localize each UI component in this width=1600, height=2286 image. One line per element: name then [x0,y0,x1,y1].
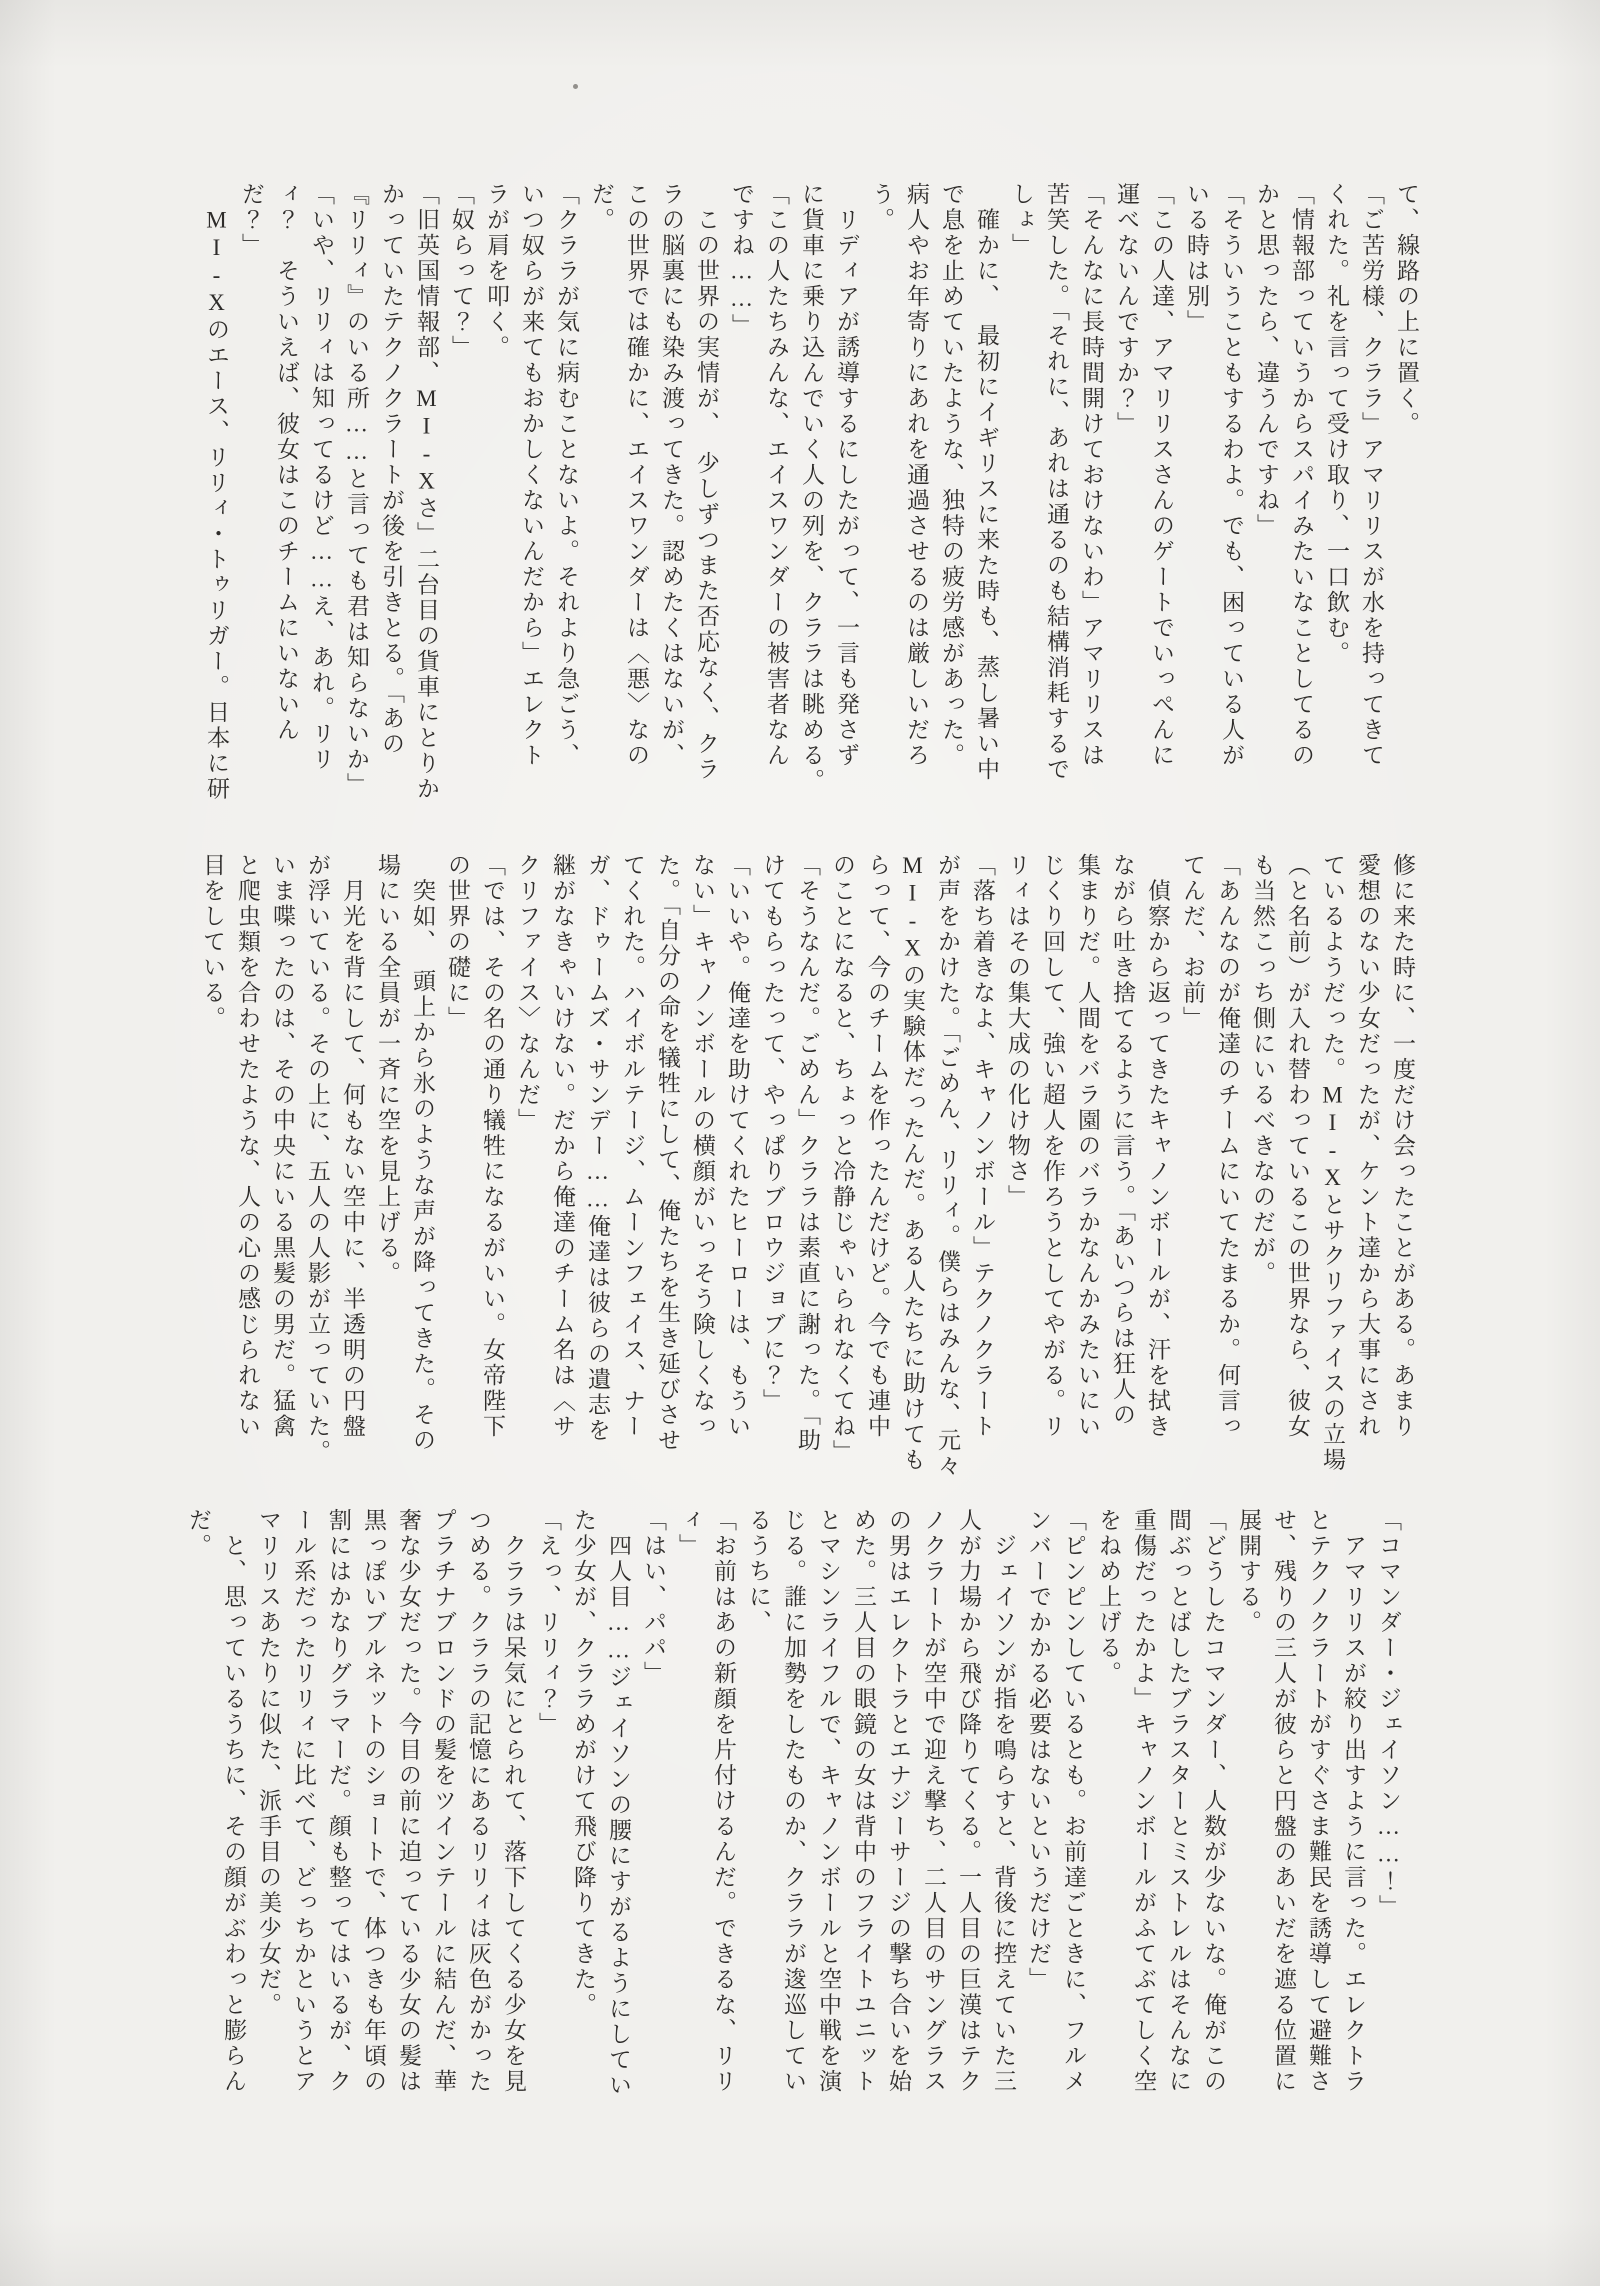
text-column: 割にはかなりグラマーだ。顔も整ってはいるが、ク [321,1508,356,2094]
text-column: だ。 [181,1508,216,2094]
text-column: この世界の実情が、 少しずつまた否応なく、クラ [689,182,724,802]
text-column: ィ」 [671,1508,706,2094]
text-column: アマリリスが絞り出すように言った。エレクトラ [1336,1508,1371,2094]
text-column: が声をかけた。「ごめん、リリィ。僕らはみんな、元々 [930,853,965,1495]
text-column: てんだ、お前」 [1175,853,1210,1495]
text-block-1: て、線路の上に置く。「ご苦労様、クララ」アマリリスが水を持ってきてくれた。礼を言… [199,182,1424,802]
text-column: 突如、 頭上から氷のような声が降ってきた。その [405,853,440,1495]
text-column: 間ぶっとばしたブラスターとミストレルはそんなに [1161,1508,1196,2094]
text-column: ながら吐き捨てるように言う。「あいつらは狂人の [1105,853,1140,1495]
text-column: ガ、ドゥームズ・サンデー……俺達は彼らの遺志を [580,853,615,1495]
text-column: 「この人達、アマリリスさんのゲートでいっぺんに [1144,182,1179,802]
text-column: ノクラートが空中で迎え撃ち、二人目のサングラス [916,1508,951,2094]
text-column: 「コマンダー・ジェイソン……！」 [1371,1508,1406,2094]
text-column: 運べないんですか？」 [1109,182,1144,802]
text-column: 黒っぽいブルネットのショートで、体つきも年頃の [356,1508,391,2094]
text-column: らって、今のチームを作ったんだけど。今でも連中 [860,853,895,1495]
text-column: 四人目……ジェイソンの腰にすがるようにしてい [601,1508,636,2094]
text-column: 「奴らって？」 [444,182,479,802]
text-column: 「クララが気に病むことないよ。それより急ごう、 [549,182,584,802]
text-column: 偵察から返ってきたキャノンボールが、汗を拭き [1140,853,1175,1495]
text-column: てくれた。ハイボルテージ、ムーンフェイス、ナー [615,853,650,1495]
text-column: と爬虫類を合わせたような、人の心の感じられない [230,853,265,1495]
text-column: クララは呆気にとられて、落下してくる少女を見 [496,1508,531,2094]
text-column: の男はエレクトラとエナジーサージの撃ち合いを始 [881,1508,916,2094]
text-column: 「どうしたコマンダー、人数が少ないな。俺がこの [1196,1508,1231,2094]
text-column: 「はい、パパ」 [636,1508,671,2094]
text-column: 場にいる全員が一斉に空を見上げる。 [370,853,405,1495]
scan-speck [573,84,578,89]
text-column: （と名前）が入れ替わっているこの世界なら、彼女 [1280,853,1315,1495]
text-column: 「旧英国情報部、MI-Xさ」二台目の貨車にとりか [409,182,444,802]
text-column: かっていたテクノクラートが後を引きとる。「あの [374,182,409,802]
text-column: いま喋ったのは、その中央にいる黒髪の男だ。猛禽 [265,853,300,1495]
text-column: ているようだった。MI-Xとサクリファイスの立場 [1315,853,1350,1495]
text-column: 「いや、リリィは知ってるけど……え、あれ。リリ [304,182,339,802]
text-column: 「情報部っていうからスパイみたいなことしてるの [1284,182,1319,802]
text-column: だ。 [584,182,619,802]
text-column: クリファイス〉なんだ」 [510,853,545,1495]
text-column: が浮いている。その上に、五人の人影が立っていた。 [300,853,335,1495]
text-column: プラチナブロンドの髪をツインテールに結んだ、華 [426,1508,461,2094]
text-column: で息を止めていたような、独特の疲労感があった。 [934,182,969,802]
text-column: けてもらったって、やっぱりブロウジョブに？」 [755,853,790,1495]
text-column: この世界では確かに、エイスワンダーは〈悪〉なの [619,182,654,802]
text-column: のことになると、ちょっと冷静じゃいられなくてね」 [825,853,860,1495]
text-column: 「えっ、リリィ？」 [531,1508,566,2094]
text-column: 「では、その名の通り犠牲になるがいい。女帝陛下 [475,853,510,1495]
text-column: いつ奴らが来てもおかしくないんだから」エレクト [514,182,549,802]
scanned-page: て、線路の上に置く。「ご苦労様、クララ」アマリリスが水を持ってきてくれた。礼を言… [0,0,1600,2286]
text-block-2: 修に来た時に、一度だけ会ったことがある。あまり愛想のない少女だったが、ケント達か… [195,853,1420,1495]
text-column: 「そんなに長時間開けておけないわ」アマリリスは [1074,182,1109,802]
text-column: ール系だったリリィに比べて、どっちかというとア [286,1508,321,2094]
text-column: つめる。クララの記憶にあるリリィは灰色がかった [461,1508,496,2094]
text-column: リィはその集大成の化け物さ」 [1000,853,1035,1495]
text-column: MI-Xのエース、リリィ・トゥリガー。日本に研 [199,182,234,802]
text-column: 展開する。 [1231,1508,1266,2094]
text-column: 「ピンピンしているとも。お前達ごときに、フルメ [1056,1508,1091,2094]
text-column: 「落ち着きなよ、キャノンボール」テクノクラート [965,853,1000,1495]
text-column: 『リリィ』のいる所……と言っても君は知らないか」 [339,182,374,802]
text-column: た少女が、クララめがけて飛び降りてきた。 [566,1508,601,2094]
text-column: るうちに、 [741,1508,776,2094]
text-column: じる。誰に加勢をしたものか、クララが逡巡してい [776,1508,811,2094]
text-column: 「そうなんだ。ごめん」クララは素直に謝った。「助 [790,853,825,1495]
text-column: て、線路の上に置く。 [1389,182,1424,802]
text-column: 人が力場から飛び降りてくる。一人目の巨漢はテク [951,1508,986,2094]
text-column: ですね……」 [724,182,759,802]
text-column: をねめ上げる。 [1091,1508,1126,2094]
text-column: 「お前はあの新顔を片付けるんだ。できるな、リリ [706,1508,741,2094]
text-column: ない」キャノンボールの横顔がいっそう険しくなっ [685,853,720,1495]
text-column: とテクノクラートがすぐさま難民を誘導して避難さ [1301,1508,1336,2094]
text-column: ィ？ そういえば、彼女はこのチームにいないん [269,182,304,802]
text-block-3: 「コマンダー・ジェイソン……！」 アマリリスが絞り出すように言った。エレクトラと… [181,1508,1406,2094]
text-column: た。「自分の命を犠牲にして、俺たちを生き延びさせ [650,853,685,1495]
text-column: 修に来た時に、一度だけ会ったことがある。あまり [1385,853,1420,1495]
text-column: 「この人たちみんな、エイスワンダーの被害者なん [759,182,794,802]
text-column: とマシンライフルで、キャノンボールと空中戦を演 [811,1508,846,2094]
text-column: 「ご苦労様、クララ」アマリリスが水を持ってきて [1354,182,1389,802]
text-column: 「あんなのが俺達のチームにいてたまるか。何言っ [1210,853,1245,1495]
text-column: かと思ったら、違うんですね」 [1249,182,1284,802]
text-column: ンバーでかかる必要はないというだけだ」 [1021,1508,1056,2094]
text-column: 確かに、 最初にイギリスに来た時も、蒸し暑い中 [969,182,1004,802]
text-column: じくり回して、強い超人を作ろうとしてやがる。リ [1035,853,1070,1495]
text-column: の世界の礎に」 [440,853,475,1495]
text-column: ジェイソンが指を鳴らすと、背後に控えていた三 [986,1508,1021,2094]
text-column: 奢な少女だった。今目の前に迫っている少女の髪は [391,1508,426,2094]
text-column: リディアが誘導するにしたがって、一言も発さず [829,182,864,802]
text-column: う。 [864,182,899,802]
text-column: も当然こっち側にいるべきなのだが。 [1245,853,1280,1495]
text-column: MI-Xの実験体だったんだ。ある人たちに助けても [895,853,930,1495]
text-column: 目をしている。 [195,853,230,1495]
text-column: ラの脳裏にも染み渡ってきた。認めたくはないが、 [654,182,689,802]
text-column: めた。三人目の眼鏡の女は背中のフライトユニット [846,1508,881,2094]
text-column: 月光を背にして、何もない空中に、半透明の円盤 [335,853,370,1495]
text-column: 集まりだ。人間をバラ園のバラかなんかみたいにい [1070,853,1105,1495]
text-column: だ？」 [234,182,269,802]
text-column: 「そういうこともするわよ。でも、困っている人が [1214,182,1249,802]
text-column: しょ」 [1004,182,1039,802]
text-column: せ、残りの三人が彼らと円盤のあいだを遮る位置に [1266,1508,1301,2094]
text-column: 病人やお年寄りにあれを通過させるのは厳しいだろ [899,182,934,802]
text-column: ラが肩を叩く。 [479,182,514,802]
text-column: 重傷だったかよ」キャノンボールがふてぶてしく空 [1126,1508,1161,2094]
text-column: 苦笑した。「それに、あれは通るのも結構消耗するで [1039,182,1074,802]
text-column: いる時は別」 [1179,182,1214,802]
text-column: 愛想のない少女だったが、ケント達から大事にされ [1350,853,1385,1495]
text-column: 継がなきゃいけない。だから俺達のチーム名は〈サ [545,853,580,1495]
text-column: くれた。礼を言って受け取り、一口飲む。 [1319,182,1354,802]
text-column: に貨車に乗り込んでいく人の列を、クララは眺める。 [794,182,829,802]
text-column: 「いいや。俺達を助けてくれたヒーローは、もうい [720,853,755,1495]
text-column: マリリスあたりに似た、派手目の美少女だ。 [251,1508,286,2094]
text-column: と、思っているうちに、その顔がぶわっと膨らん [216,1508,251,2094]
